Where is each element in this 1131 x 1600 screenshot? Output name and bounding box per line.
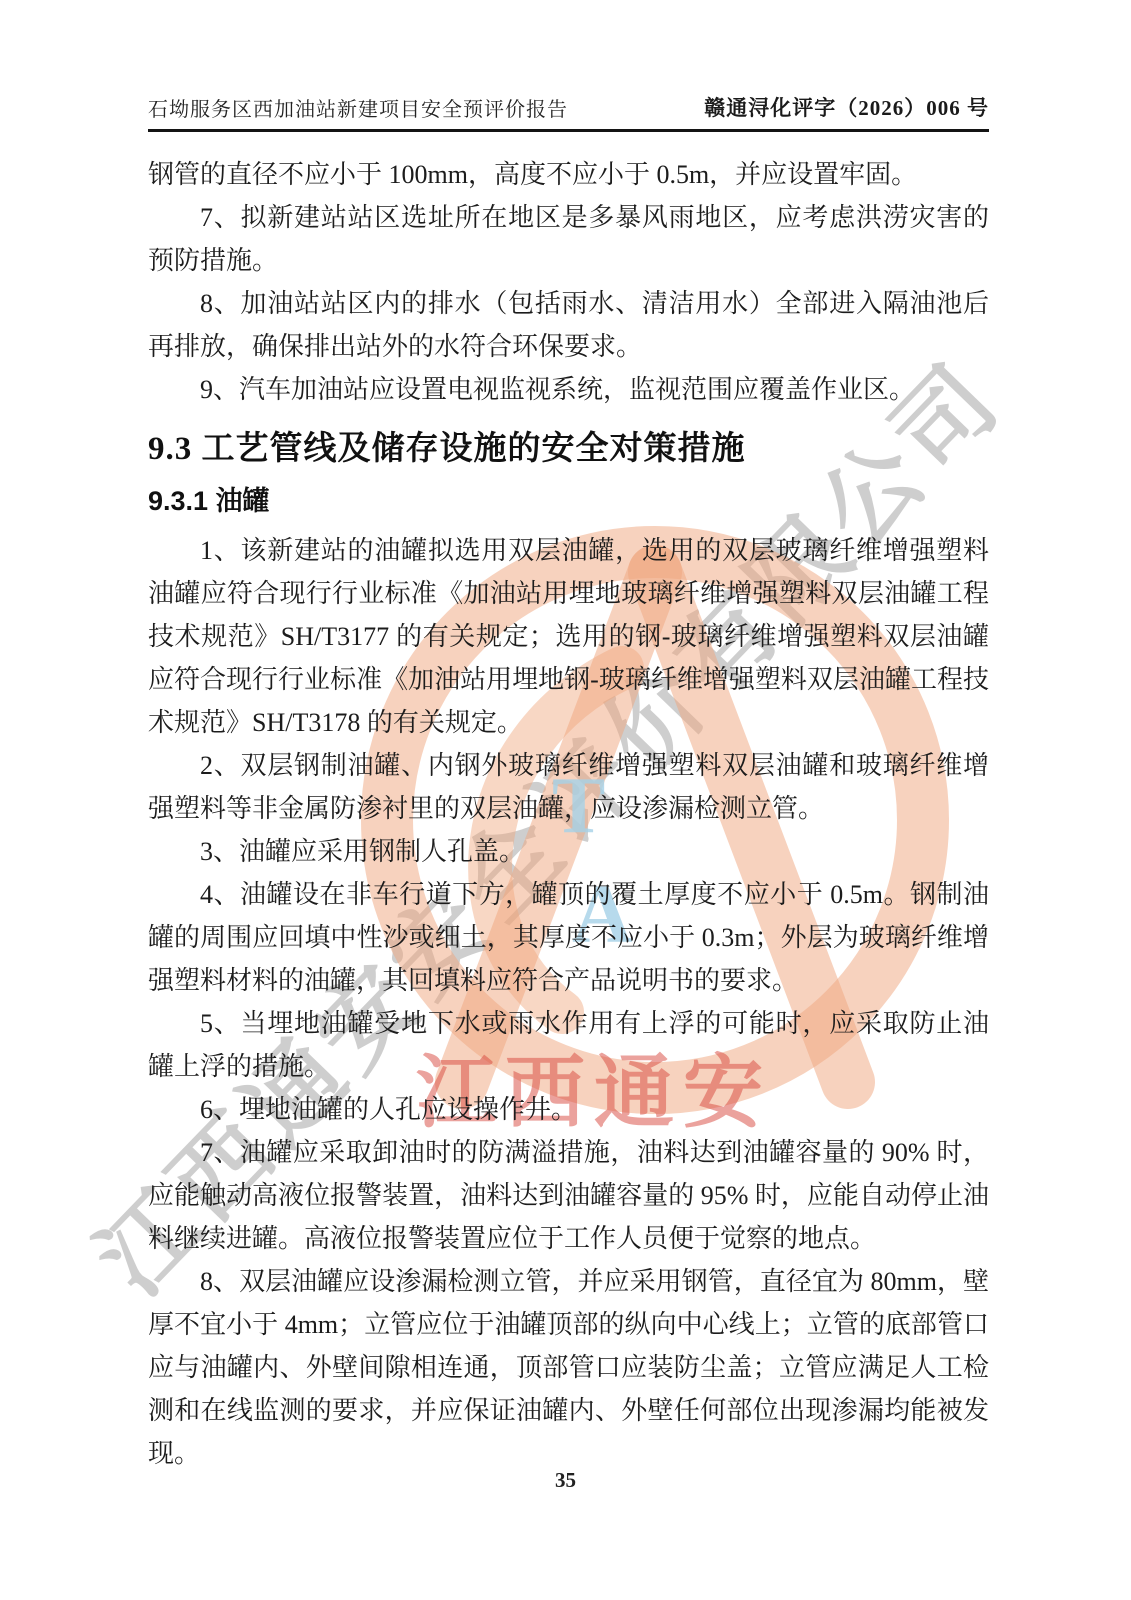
paragraph: 9、汽车加油站应设置电视监视系统，监视范围应覆盖作业区。 [148,368,989,411]
paragraph: 2、双层钢制油罐、内钢外玻璃纤维增强塑料双层油罐和玻璃纤维增强塑料等非金属防渗衬… [148,744,989,830]
paragraph: 4、油罐设在非车行道下方，罐顶的覆土厚度不应小于 0.5m。钢制油罐的周围应回填… [148,873,989,1002]
paragraph: 8、加油站站区内的排水（包括雨水、清洁用水）全部进入隔油池后再排放，确保排出站外… [148,282,989,368]
page-header: 石坳服务区西加油站新建项目安全预评价报告 赣通浔化评字（2026）006 号 [148,92,989,132]
paragraph: 8、双层油罐应设渗漏检测立管，并应采用钢管，直径宜为 80mm，壁厚不宜小于 4… [148,1260,989,1475]
paragraph: 3、油罐应采用钢制人孔盖。 [148,830,989,873]
paragraph: 5、当埋地油罐受地下水或雨水作用有上浮的可能时，应采取防止油罐上浮的措施。 [148,1002,989,1088]
section-heading: 9.3 工艺管线及储存设施的安全对策措施 [148,426,989,472]
document-title: 石坳服务区西加油站新建项目安全预评价报告 [148,93,568,122]
paragraph: 1、该新建站的油罐拟选用双层油罐，选用的双层玻璃纤维增强塑料油罐应符合现行行业标… [148,529,989,744]
paragraph: 7、油罐应采取卸油时的防满溢措施，油料达到油罐容量的 90% 时，应能触动高液位… [148,1131,989,1260]
report-page: 石坳服务区西加油站新建项目安全预评价报告 赣通浔化评字（2026）006 号 钢… [0,0,1131,1475]
document-number: 赣通浔化评字（2026）006 号 [704,92,989,122]
page-number: 35 [0,1468,1131,1493]
paragraph: 钢管的直径不应小于 100mm，高度不应小于 0.5m，并应设置牢固。 [148,153,989,196]
paragraph: 7、拟新建站站区选址所在地区是多暴风雨地区，应考虑洪涝灾害的预防措施。 [148,196,989,282]
document-body: 钢管的直径不应小于 100mm，高度不应小于 0.5m，并应设置牢固。 7、拟新… [148,153,989,1475]
paragraph: 6、埋地油罐的人孔应设操作井。 [148,1088,989,1131]
subsection-heading: 9.3.1 油罐 [148,481,989,521]
